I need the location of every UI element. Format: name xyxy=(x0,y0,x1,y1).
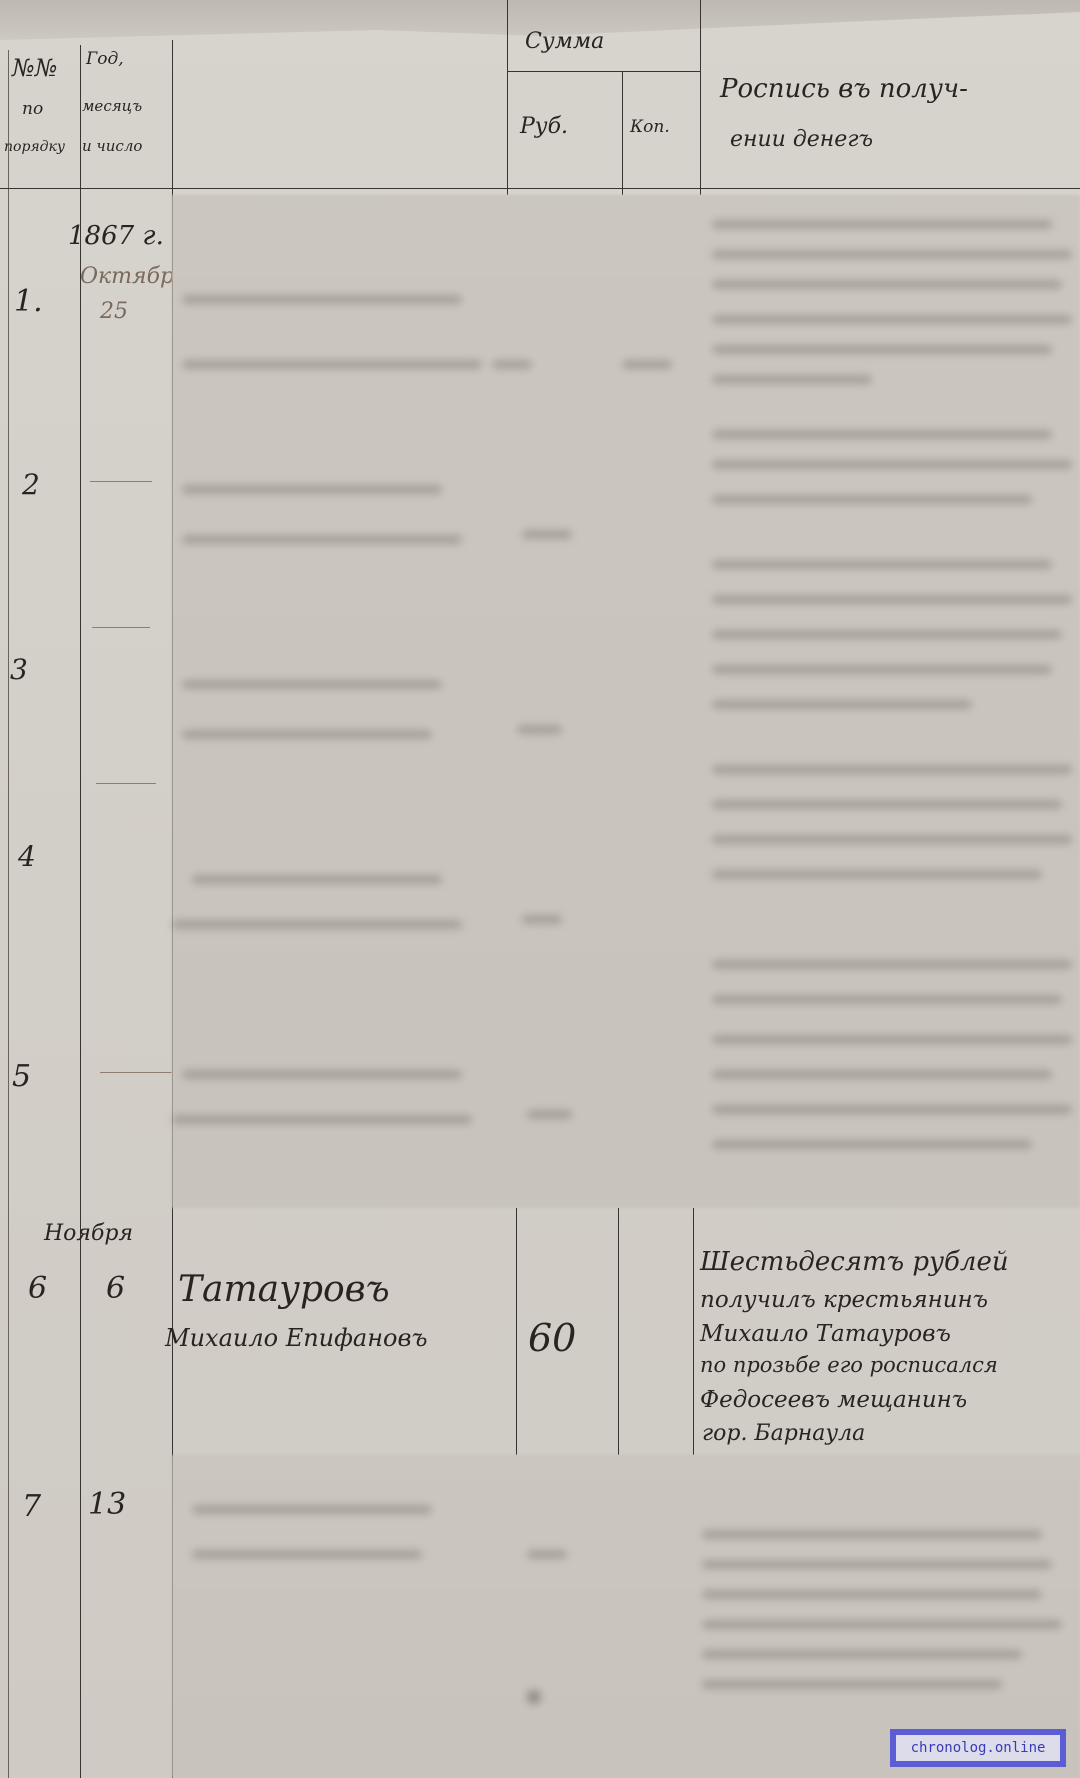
row3-number: 3 xyxy=(10,655,28,686)
header-notes-line1: Роспись въ получ- xyxy=(720,75,968,104)
row4-number: 4 xyxy=(18,842,36,873)
row1-year: 1867 г. xyxy=(68,222,164,251)
row6-notes-line4: по прозьбе его росписался xyxy=(700,1354,998,1377)
row6-sum-left-line xyxy=(516,1208,517,1455)
row1-day: 25 xyxy=(100,300,128,324)
row6-given-names: Михаило Епифановъ xyxy=(165,1325,427,1351)
row2-number: 2 xyxy=(22,470,40,501)
header-number-line1: №№ xyxy=(12,55,57,81)
row5-date-dash xyxy=(100,1072,174,1073)
row2-date-dash xyxy=(90,481,152,482)
left-margin-line xyxy=(8,50,9,1778)
row7-number: 7 xyxy=(22,1490,41,1523)
rub-kop-divider xyxy=(622,72,623,195)
header-kop: Коп. xyxy=(630,118,670,137)
watermark-badge: chronolog.online xyxy=(890,1729,1066,1767)
row6-rub-kop-line xyxy=(618,1208,619,1455)
row6-rub: 60 xyxy=(528,1318,576,1360)
header-notes-line2: ении денегъ xyxy=(730,128,873,152)
row7-day: 13 xyxy=(88,1488,126,1521)
number-date-divider xyxy=(80,45,81,1778)
row6-notes-line6: гор. Барнаула xyxy=(702,1422,865,1446)
header-rub: Руб. xyxy=(520,115,568,139)
row6-surname: Татауровъ xyxy=(178,1270,390,1310)
row6-day: 6 xyxy=(106,1272,125,1305)
row6-notes-line3: Михаило Татауровъ xyxy=(700,1322,951,1347)
row6-notes-line2: получилъ крестьянинъ xyxy=(700,1288,988,1313)
row6-notes-line5: Федосеевъ мещанинъ xyxy=(700,1388,967,1413)
header-sum-title: Сумма xyxy=(525,30,604,54)
row5-number: 5 xyxy=(12,1060,31,1093)
header-bottom-line xyxy=(0,188,1080,189)
redacted-block-rows-1-5 xyxy=(172,195,1080,1208)
row4-date-dash xyxy=(96,783,156,784)
row1-number: 1. xyxy=(14,285,43,318)
notes-left-divider xyxy=(700,0,701,195)
ledger-page: №№ по порядку Год, месяцъ и число Сумма … xyxy=(0,0,1080,1778)
sum-subheader-line xyxy=(507,71,700,72)
row3-date-dash xyxy=(92,627,150,628)
header-date-line3: и число xyxy=(82,138,142,155)
header-number-line3: порядку xyxy=(4,140,65,155)
watermark-text: chronolog.online xyxy=(896,1735,1060,1761)
row6-number: 6 xyxy=(28,1272,47,1305)
header-number-line2: по xyxy=(22,100,43,119)
row6-notes-line1: Шестьдесятъ рублей xyxy=(700,1248,1009,1277)
sum-left-divider xyxy=(507,0,508,195)
row6-month: Ноября xyxy=(44,1222,133,1246)
row6-notes-left-line xyxy=(693,1208,694,1455)
header-date-line1: Год, xyxy=(86,50,124,69)
header-date-line2: месяцъ xyxy=(82,98,142,115)
